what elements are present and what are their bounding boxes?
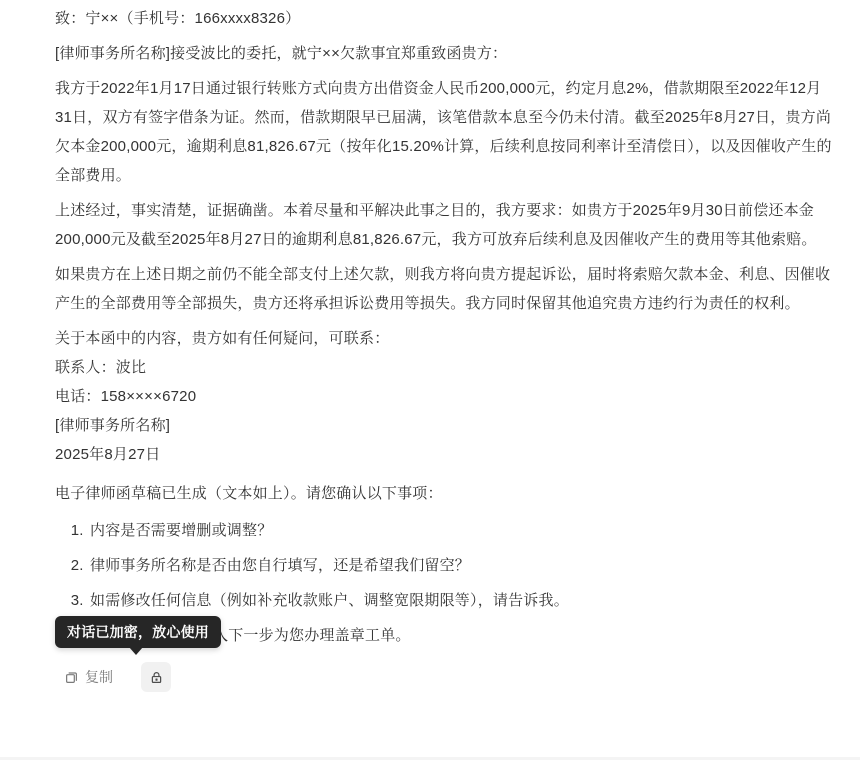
- closing-line-wrap: 对话已加密，放心使用 入下一步为您办理盖章工单。: [55, 621, 837, 650]
- contact-phone-line: 电话：158××××6720: [55, 382, 837, 411]
- contact-intro-line: 关于本函中的内容，贵方如有任何疑问，可联系：: [55, 324, 837, 353]
- encryption-tooltip-text: 对话已加密，放心使用: [67, 624, 209, 640]
- lawyer-letter-message: 致：宁××（手机号：166xxxx8326） [律师事务所名称]接受波比的委托，…: [55, 0, 837, 692]
- signature-block: [律师事务所名称] 2025年8月27日: [55, 411, 837, 469]
- recipient-line: 致：宁××（手机号：166xxxx8326）: [55, 4, 837, 33]
- encryption-lock-button[interactable]: [141, 662, 171, 692]
- letter-facts-paragraph: 我方于2022年1月17日通过银行转账方式向贵方出借资金人民币200,000元，…: [55, 74, 837, 190]
- lock-icon: [149, 670, 164, 685]
- letter-demand-paragraph: 上述经过，事实清楚，证据确凿。本着尽量和平解决此事之目的，我方要求：如贵方于20…: [55, 196, 837, 254]
- message-action-bar: 复制: [55, 662, 837, 692]
- copy-button[interactable]: 复制: [64, 667, 113, 687]
- firm-name-line: [律师事务所名称]: [55, 411, 837, 440]
- letter-date-line: 2025年8月27日: [55, 440, 837, 469]
- checklist-item-3: 如需修改任何信息（例如补充收款账户、调整宽限期限等），请告诉我。: [88, 586, 837, 615]
- checklist-item-1: 内容是否需要增删或调整？: [88, 516, 837, 545]
- contact-block: 关于本函中的内容，贵方如有任何疑问，可联系： 联系人：波比 电话：158××××…: [55, 324, 837, 411]
- chat-message-page: 致：宁××（手机号：166xxxx8326） [律师事务所名称]接受波比的委托，…: [0, 0, 860, 760]
- copy-button-label: 复制: [85, 667, 113, 687]
- encryption-tooltip: 对话已加密，放心使用: [55, 616, 221, 648]
- tooltip-arrow-down-icon: [129, 647, 143, 655]
- letter-warning-paragraph: 如果贵方在上述日期之前仍不能全部支付上述欠款，则我方将向贵方提起诉讼，届时将索赔…: [55, 260, 837, 318]
- draft-generated-note: 电子律师函草稿已生成（文本如上）。请您确认以下事项：: [55, 479, 837, 508]
- letter-intro: [律师事务所名称]接受波比的委托，就宁××欠款事宜郑重致函贵方：: [55, 39, 837, 68]
- checklist-item-2: 律师事务所名称是否由您自行填写，还是希望我们留空？: [88, 551, 837, 580]
- contact-name-line: 联系人：波比: [55, 353, 837, 382]
- confirmation-checklist: 内容是否需要增删或调整？ 律师事务所名称是否由您自行填写，还是希望我们留空？ 如…: [55, 516, 837, 615]
- copy-icon: [64, 670, 79, 685]
